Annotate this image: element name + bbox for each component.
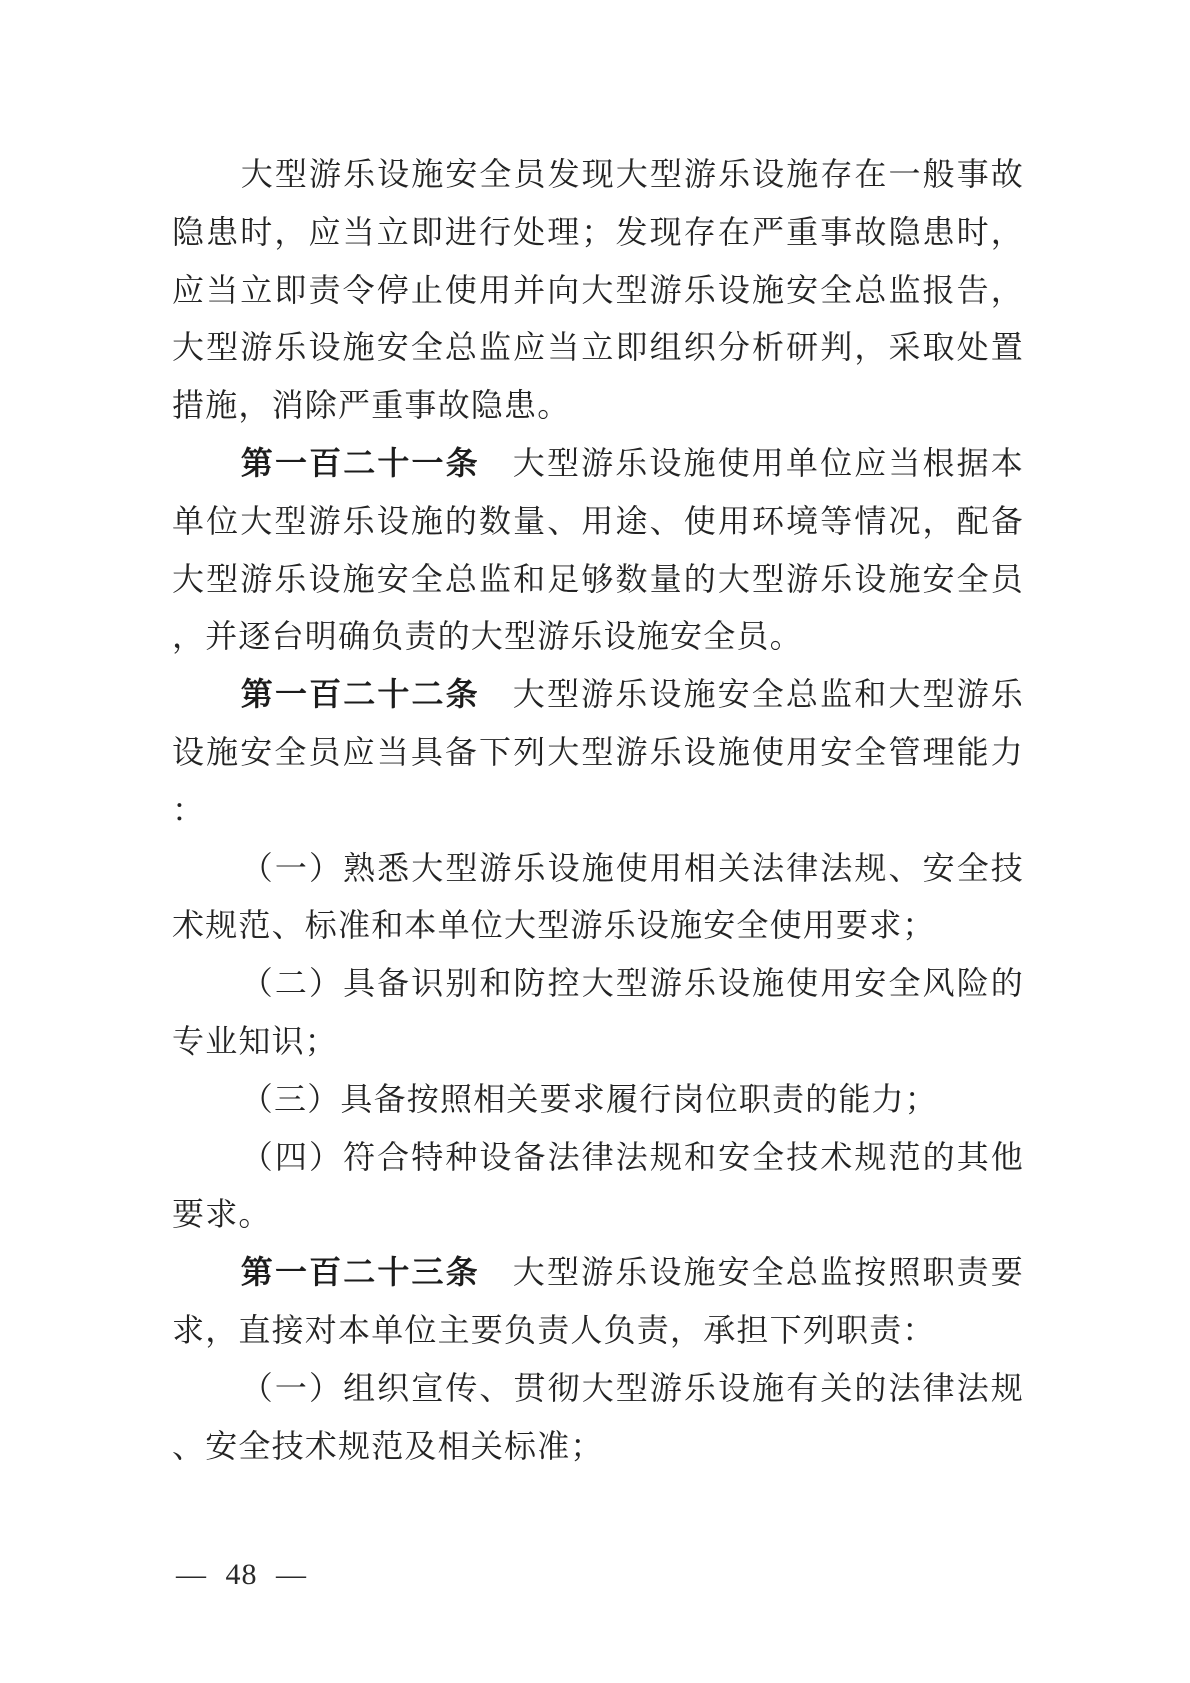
paragraph-text: 大型游乐设施安全员发现大型游乐设施存在一般事故隐患时，应当立即进行处理；发现存在… [172, 156, 1024, 423]
paragraph: 第一百二十三条大型游乐设施安全总监按照职责要求，直接对本单位主要负责人负责，承担… [172, 1244, 1024, 1360]
page-number: — 48 — [176, 1558, 307, 1591]
article-number: 第一百二十二条 [241, 676, 480, 712]
document-body: 大型游乐设施安全员发现大型游乐设施存在一般事故隐患时，应当立即进行处理；发现存在… [172, 146, 1024, 1475]
article-number: 第一百二十三条 [241, 1254, 480, 1290]
paragraph-text: （四）符合特种设备法律法规和安全技术规范的其他要求。 [172, 1139, 1024, 1233]
paragraph-text: （二）具备识别和防控大型游乐设施使用安全风险的专业知识； [172, 965, 1024, 1059]
paragraph: （四）符合特种设备法律法规和安全技术规范的其他要求。 [172, 1129, 1024, 1245]
paragraph: （一）熟悉大型游乐设施使用相关法律法规、安全技术规范、标准和本单位大型游乐设施安… [172, 840, 1024, 956]
paragraph: （三）具备按照相关要求履行岗位职责的能力； [172, 1071, 1024, 1129]
paragraph: 第一百二十一条大型游乐设施使用单位应当根据本单位大型游乐设施的数量、用途、使用环… [172, 435, 1024, 666]
article-number: 第一百二十一条 [241, 445, 480, 481]
document-page: 大型游乐设施安全员发现大型游乐设施存在一般事故隐患时，应当立即进行处理；发现存在… [0, 0, 1190, 1683]
paragraph: 第一百二十二条大型游乐设施安全总监和大型游乐设施安全员应当具备下列大型游乐设施使… [172, 666, 1024, 839]
paragraph: （二）具备识别和防控大型游乐设施使用安全风险的专业知识； [172, 955, 1024, 1071]
page-footer: — 48 — [176, 1558, 307, 1592]
paragraph: （一）组织宣传、贯彻大型游乐设施有关的法律法规、安全技术规范及相关标准； [172, 1360, 1024, 1476]
paragraph-text: （一）熟悉大型游乐设施使用相关法律法规、安全技术规范、标准和本单位大型游乐设施安… [172, 850, 1024, 944]
paragraph: 大型游乐设施安全员发现大型游乐设施存在一般事故隐患时，应当立即进行处理；发现存在… [172, 146, 1024, 435]
paragraph-text: （三）具备按照相关要求履行岗位职责的能力； [241, 1081, 938, 1117]
paragraph-text: （一）组织宣传、贯彻大型游乐设施有关的法律法规、安全技术规范及相关标准； [172, 1370, 1024, 1464]
